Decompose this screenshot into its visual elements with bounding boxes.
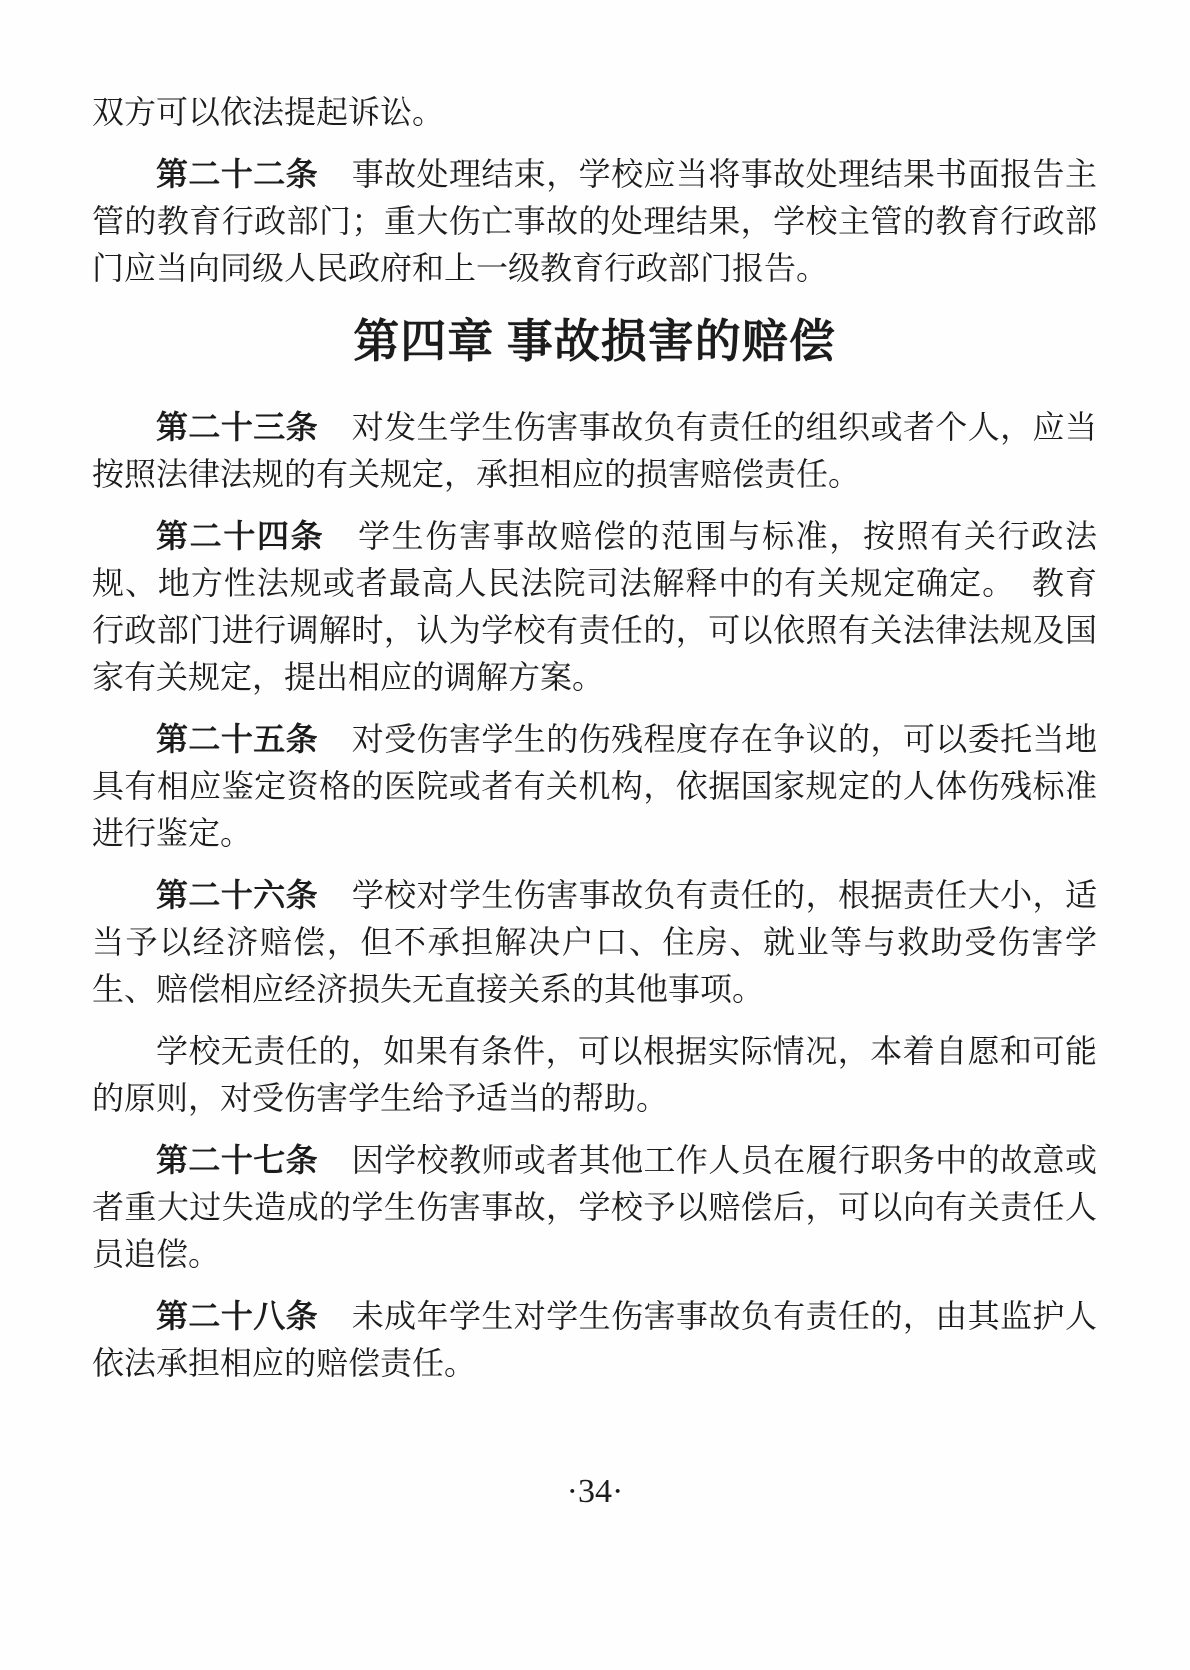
document-page: 双方可以依法提起诉讼。 第二十二条事故处理结束，学校应当将事故处理结果书面报告主…	[0, 0, 1190, 1670]
article-22-label: 第二十二条	[156, 156, 318, 192]
page-number: ·34·	[0, 1472, 1190, 1512]
text-content-area: 双方可以依法提起诉讼。 第二十二条事故处理结束，学校应当将事故处理结果书面报告主…	[92, 89, 1097, 1387]
article-24-label: 第二十四条	[156, 518, 324, 554]
article-26-label: 第二十六条	[156, 877, 318, 913]
article-27-label: 第二十七条	[156, 1142, 318, 1178]
chapter-heading: 第四章 事故损害的赔偿	[92, 310, 1097, 374]
paragraph-article-27: 第二十七条因学校教师或者其他工作人员在履行职务中的故意或者重大过失造成的学生伤害…	[92, 1137, 1097, 1278]
paragraph-continuation: 双方可以依法提起诉讼。	[92, 89, 1097, 136]
article-25-label: 第二十五条	[156, 721, 318, 757]
paragraph-article-26: 第二十六条学校对学生伤害事故负有责任的，根据责任大小，适当予以经济赔偿，但不承担…	[92, 872, 1097, 1013]
paragraph-article-25: 第二十五条对受伤害学生的伤残程度存在争议的，可以委托当地具有相应鉴定资格的医院或…	[92, 716, 1097, 857]
paragraph-text: 学校无责任的，如果有条件，可以根据实际情况，本着自愿和可能的原则，对受伤害学生给…	[92, 1033, 1097, 1116]
article-23-label: 第二十三条	[156, 409, 318, 445]
paragraph-article-24: 第二十四条学生伤害事故赔偿的范围与标准，按照有关行政法规、地方性法规或者最高人民…	[92, 513, 1097, 701]
paragraph-article-23: 第二十三条对发生学生伤害事故负有责任的组织或者个人，应当按照法律法规的有关规定，…	[92, 404, 1097, 498]
paragraph-school-no-liability: 学校无责任的，如果有条件，可以根据实际情况，本着自愿和可能的原则，对受伤害学生给…	[92, 1028, 1097, 1122]
paragraph-article-22: 第二十二条事故处理结束，学校应当将事故处理结果书面报告主管的教育行政部门；重大伤…	[92, 151, 1097, 292]
article-28-label: 第二十八条	[156, 1298, 318, 1334]
paragraph-article-28: 第二十八条未成年学生对学生伤害事故负有责任的，由其监护人依法承担相应的赔偿责任。	[92, 1293, 1097, 1387]
paragraph-text: 双方可以依法提起诉讼。	[92, 94, 444, 130]
